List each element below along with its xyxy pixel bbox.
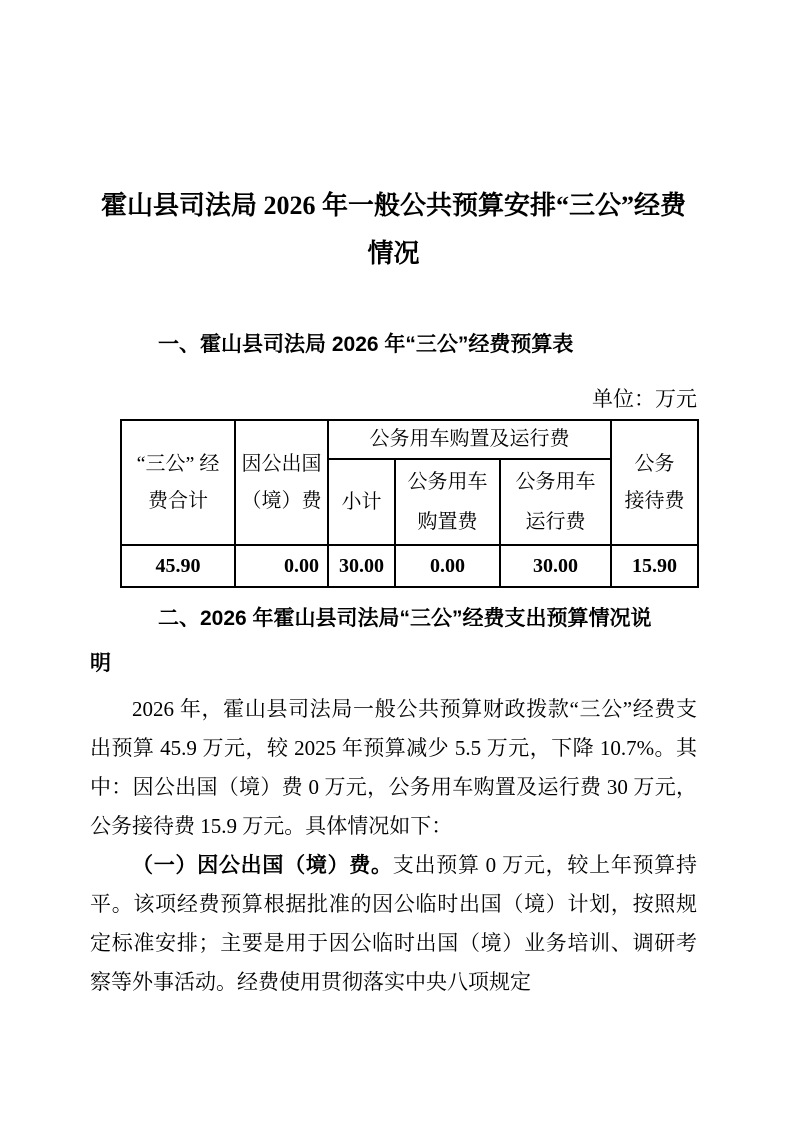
value-total: 45.90 xyxy=(121,545,235,587)
paragraph-overview: 2026 年，霍山县司法局一般公共预算财政拨款“三公”经费支出预算 45.9 万… xyxy=(90,690,697,846)
document-title: 霍山县司法局 2026 年一般公共预算安排“三公”经费 情况 xyxy=(90,182,697,278)
value-subtotal: 30.00 xyxy=(328,545,395,587)
paragraph-overview-text: 2026 年，霍山县司法局一般公共预算财政拨款“三公”经费支出预算 45.9 万… xyxy=(90,697,697,838)
document-title-line2: 情况 xyxy=(90,230,697,278)
header-cell-operation: 公务用车 运行费 xyxy=(500,459,611,545)
paragraph-abroad-lead: （一）因公出国（境）费。 xyxy=(132,854,393,877)
value-purchase: 0.00 xyxy=(395,545,500,587)
value-reception: 15.90 xyxy=(611,545,698,587)
section1-heading: 一、霍山县司法局 2026 年“三公”经费预算表 xyxy=(90,325,697,365)
section2-heading-line1: 二、2026 年霍山县司法局“三公”经费支出预算情况说 xyxy=(90,596,697,641)
section2-heading-line2: 明 xyxy=(90,641,697,686)
header-cell-purchase: 公务用车 购置费 xyxy=(395,459,500,545)
budget-table: “三公” 经 费合计 因公出国 （境）费 公务用车购置及运行费 公务 接待费 小… xyxy=(120,419,699,588)
table-data-row: 45.90 0.00 30.00 0.00 30.00 15.90 xyxy=(121,545,698,587)
paragraph-abroad: （一）因公出国（境）费。支出预算 0 万元，较上年预算持平。该项经费预算根据批准… xyxy=(90,846,697,1002)
header-cell-subtotal: 小计 xyxy=(328,459,395,545)
header-cell-abroad: 因公出国 （境）费 xyxy=(235,420,328,545)
document-page: 霍山县司法局 2026 年一般公共预算安排“三公”经费 情况 一、霍山县司法局 … xyxy=(0,0,793,1122)
header-cell-total: “三公” 经 费合计 xyxy=(121,420,235,545)
table-header-row-1: “三公” 经 费合计 因公出国 （境）费 公务用车购置及运行费 公务 接待费 xyxy=(121,420,698,459)
section2-heading: 二、2026 年霍山县司法局“三公”经费支出预算情况说 明 xyxy=(90,596,697,686)
unit-note: 单位：万元 xyxy=(90,379,697,419)
header-cell-vehicle-group: 公务用车购置及运行费 xyxy=(328,420,611,459)
header-cell-reception: 公务 接待费 xyxy=(611,420,698,545)
value-operation: 30.00 xyxy=(500,545,611,587)
document-title-line1: 霍山县司法局 2026 年一般公共预算安排“三公”经费 xyxy=(90,182,697,230)
value-abroad: 0.00 xyxy=(235,545,328,587)
